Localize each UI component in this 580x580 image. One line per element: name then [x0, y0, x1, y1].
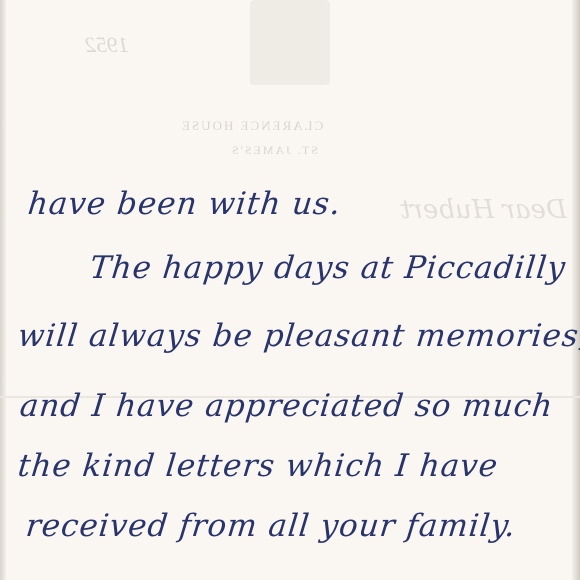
reverse-salutation: Dear Hubert	[400, 195, 567, 225]
letter-line-2: The happy days at Piccadilly	[88, 250, 568, 286]
letter-page: 1952 CLARENCE HOUSE ST. JAMES'S Dear Hub…	[0, 0, 580, 580]
reverse-date: 1952	[85, 32, 129, 58]
letter-line-1: have been with us.	[26, 186, 343, 222]
crest-bleedthrough	[250, 0, 330, 85]
letter-line-4: and I have appreciated so much	[18, 388, 555, 424]
letter-line-3: will always be pleasant memories,	[16, 318, 580, 354]
paper-edge-left	[0, 0, 6, 580]
letterhead-line-1: CLARENCE HOUSE	[180, 118, 323, 134]
paper-edge-right	[572, 0, 580, 580]
letterhead-line-2: ST. JAMES'S	[230, 143, 318, 158]
letter-line-5: the kind letters which I have	[16, 448, 500, 484]
letter-line-6: received from all your family.	[24, 508, 518, 544]
